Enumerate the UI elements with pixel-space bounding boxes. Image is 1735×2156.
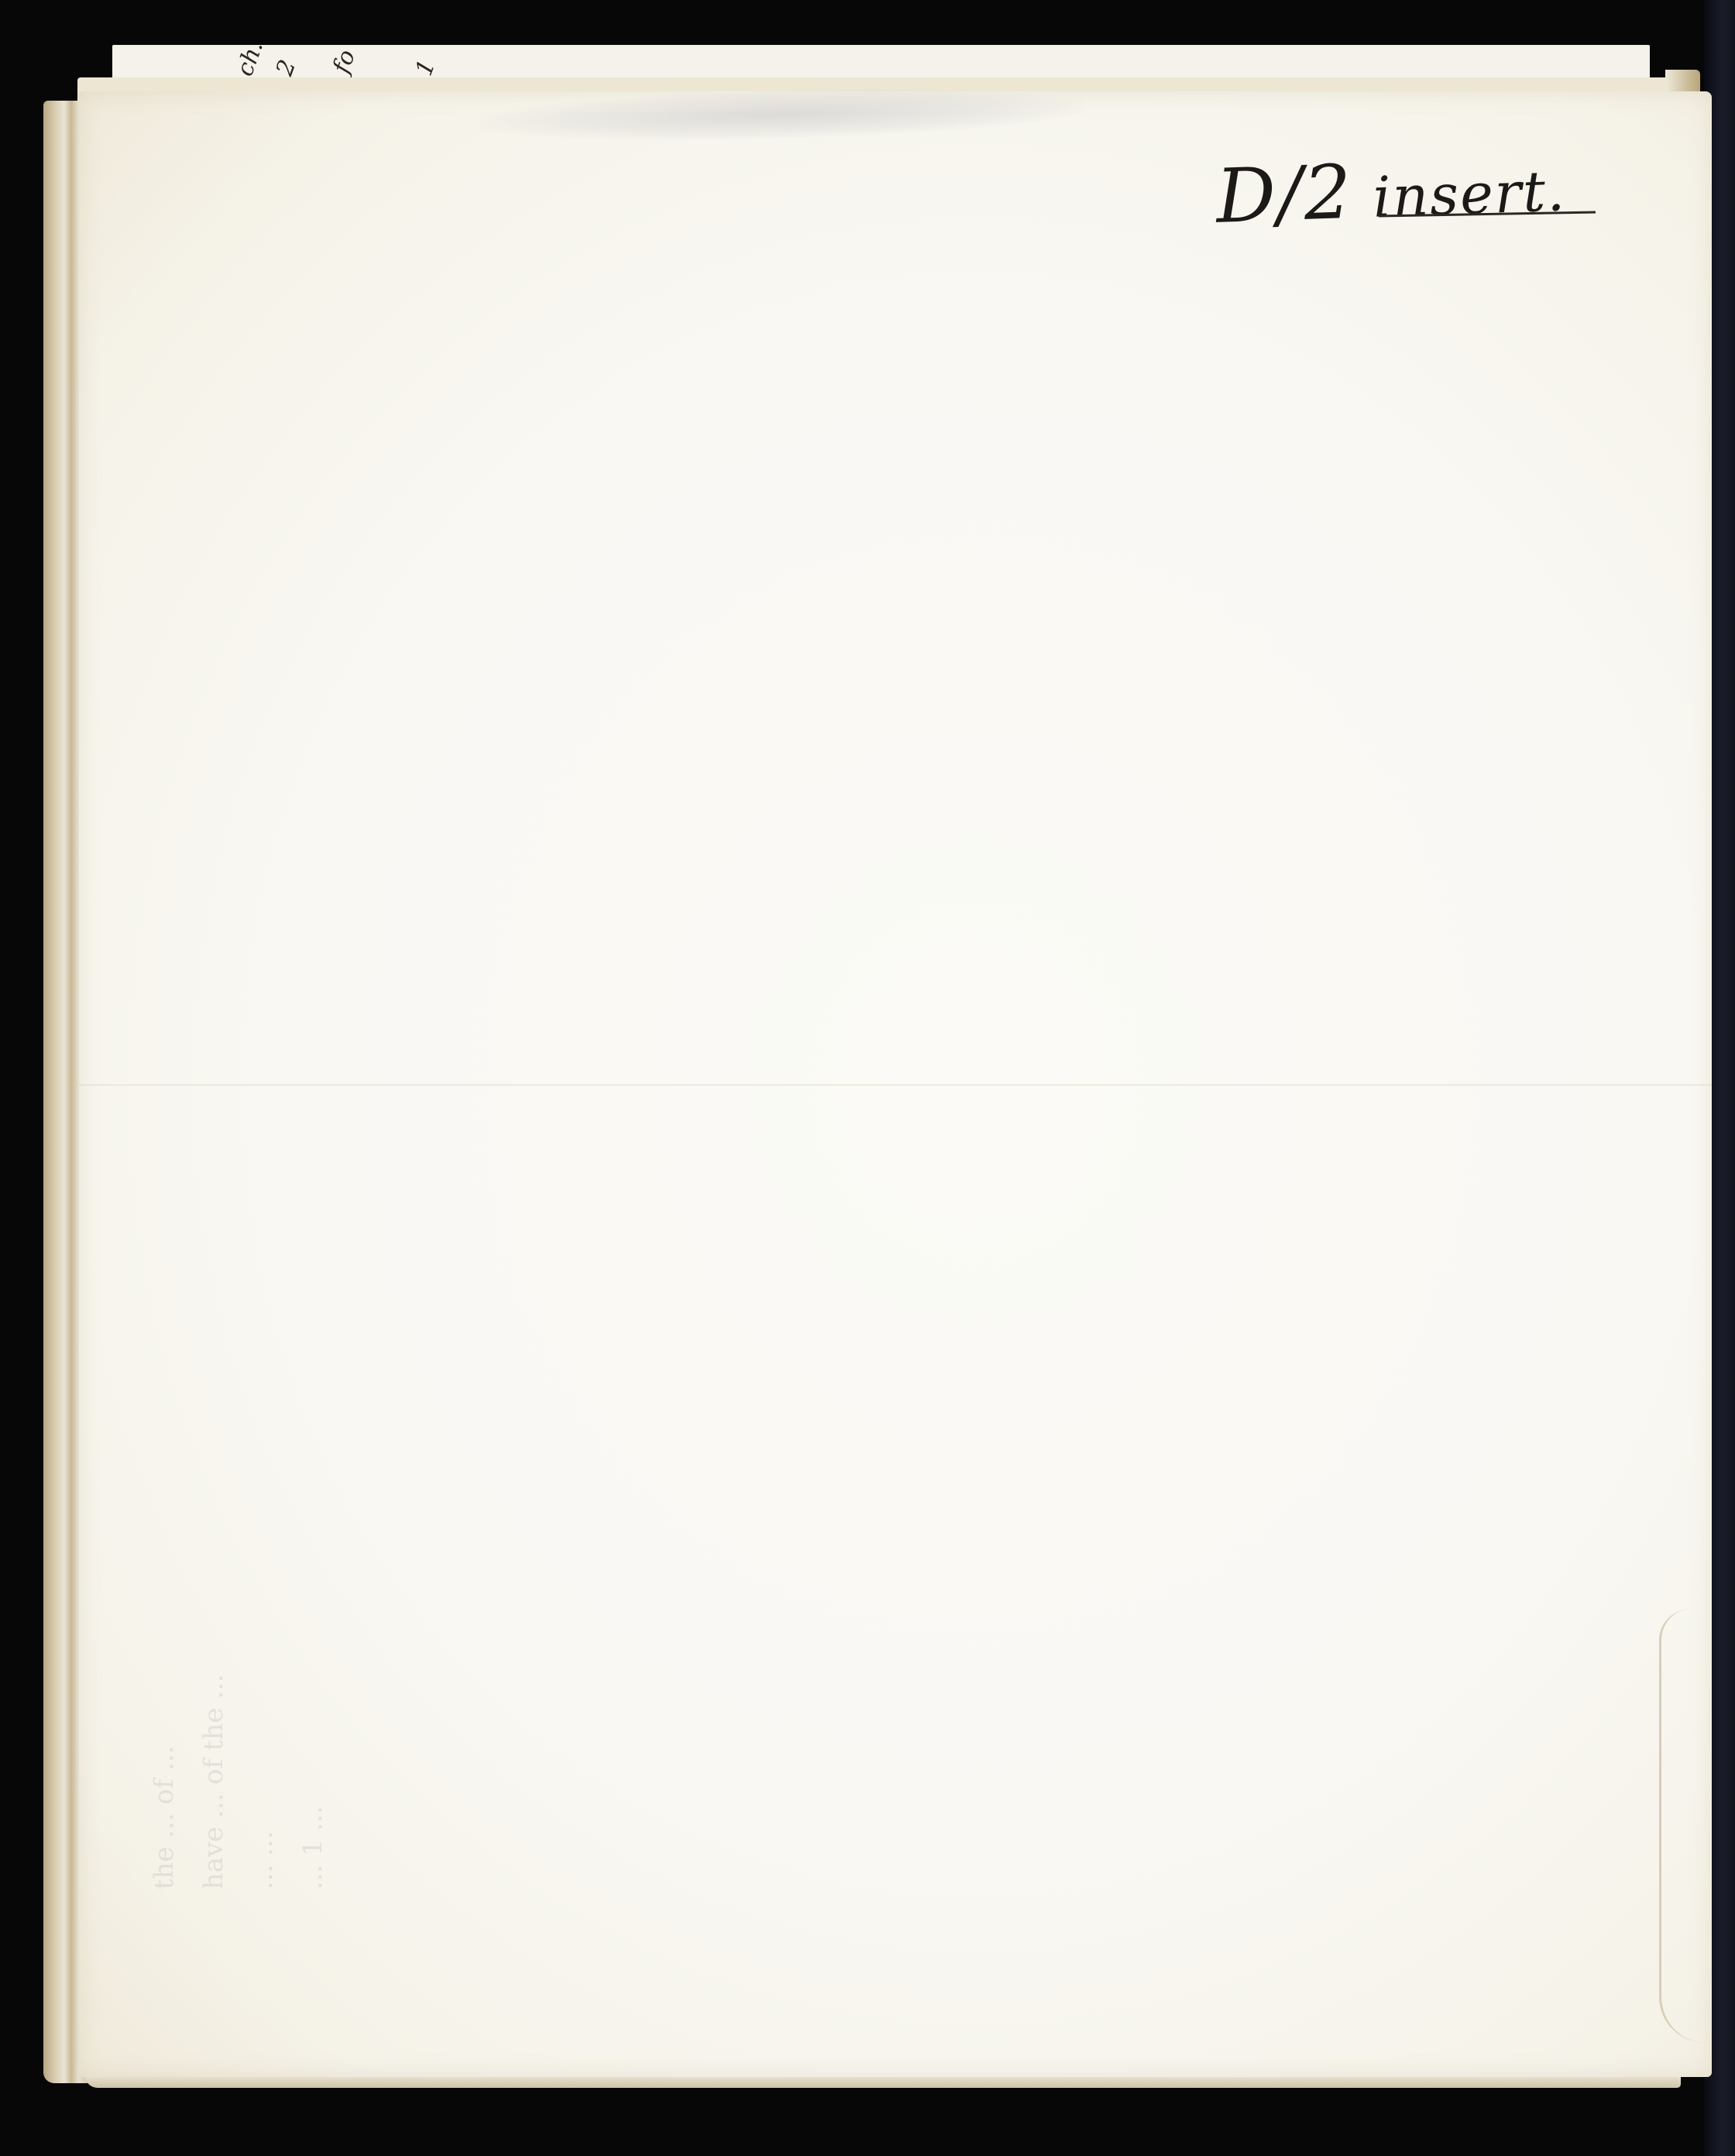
torn-edge: [1659, 1609, 1723, 2043]
handwritten-annotation: D/2insert.: [1214, 141, 1567, 240]
annotation-word: insert.: [1372, 158, 1567, 230]
annotation-code: D/2: [1214, 149, 1354, 240]
bleed-through-text: the ... of ... have ... of the ... ... .…: [139, 186, 604, 1890]
page-stack-bottom-edge: [85, 2075, 1681, 2088]
